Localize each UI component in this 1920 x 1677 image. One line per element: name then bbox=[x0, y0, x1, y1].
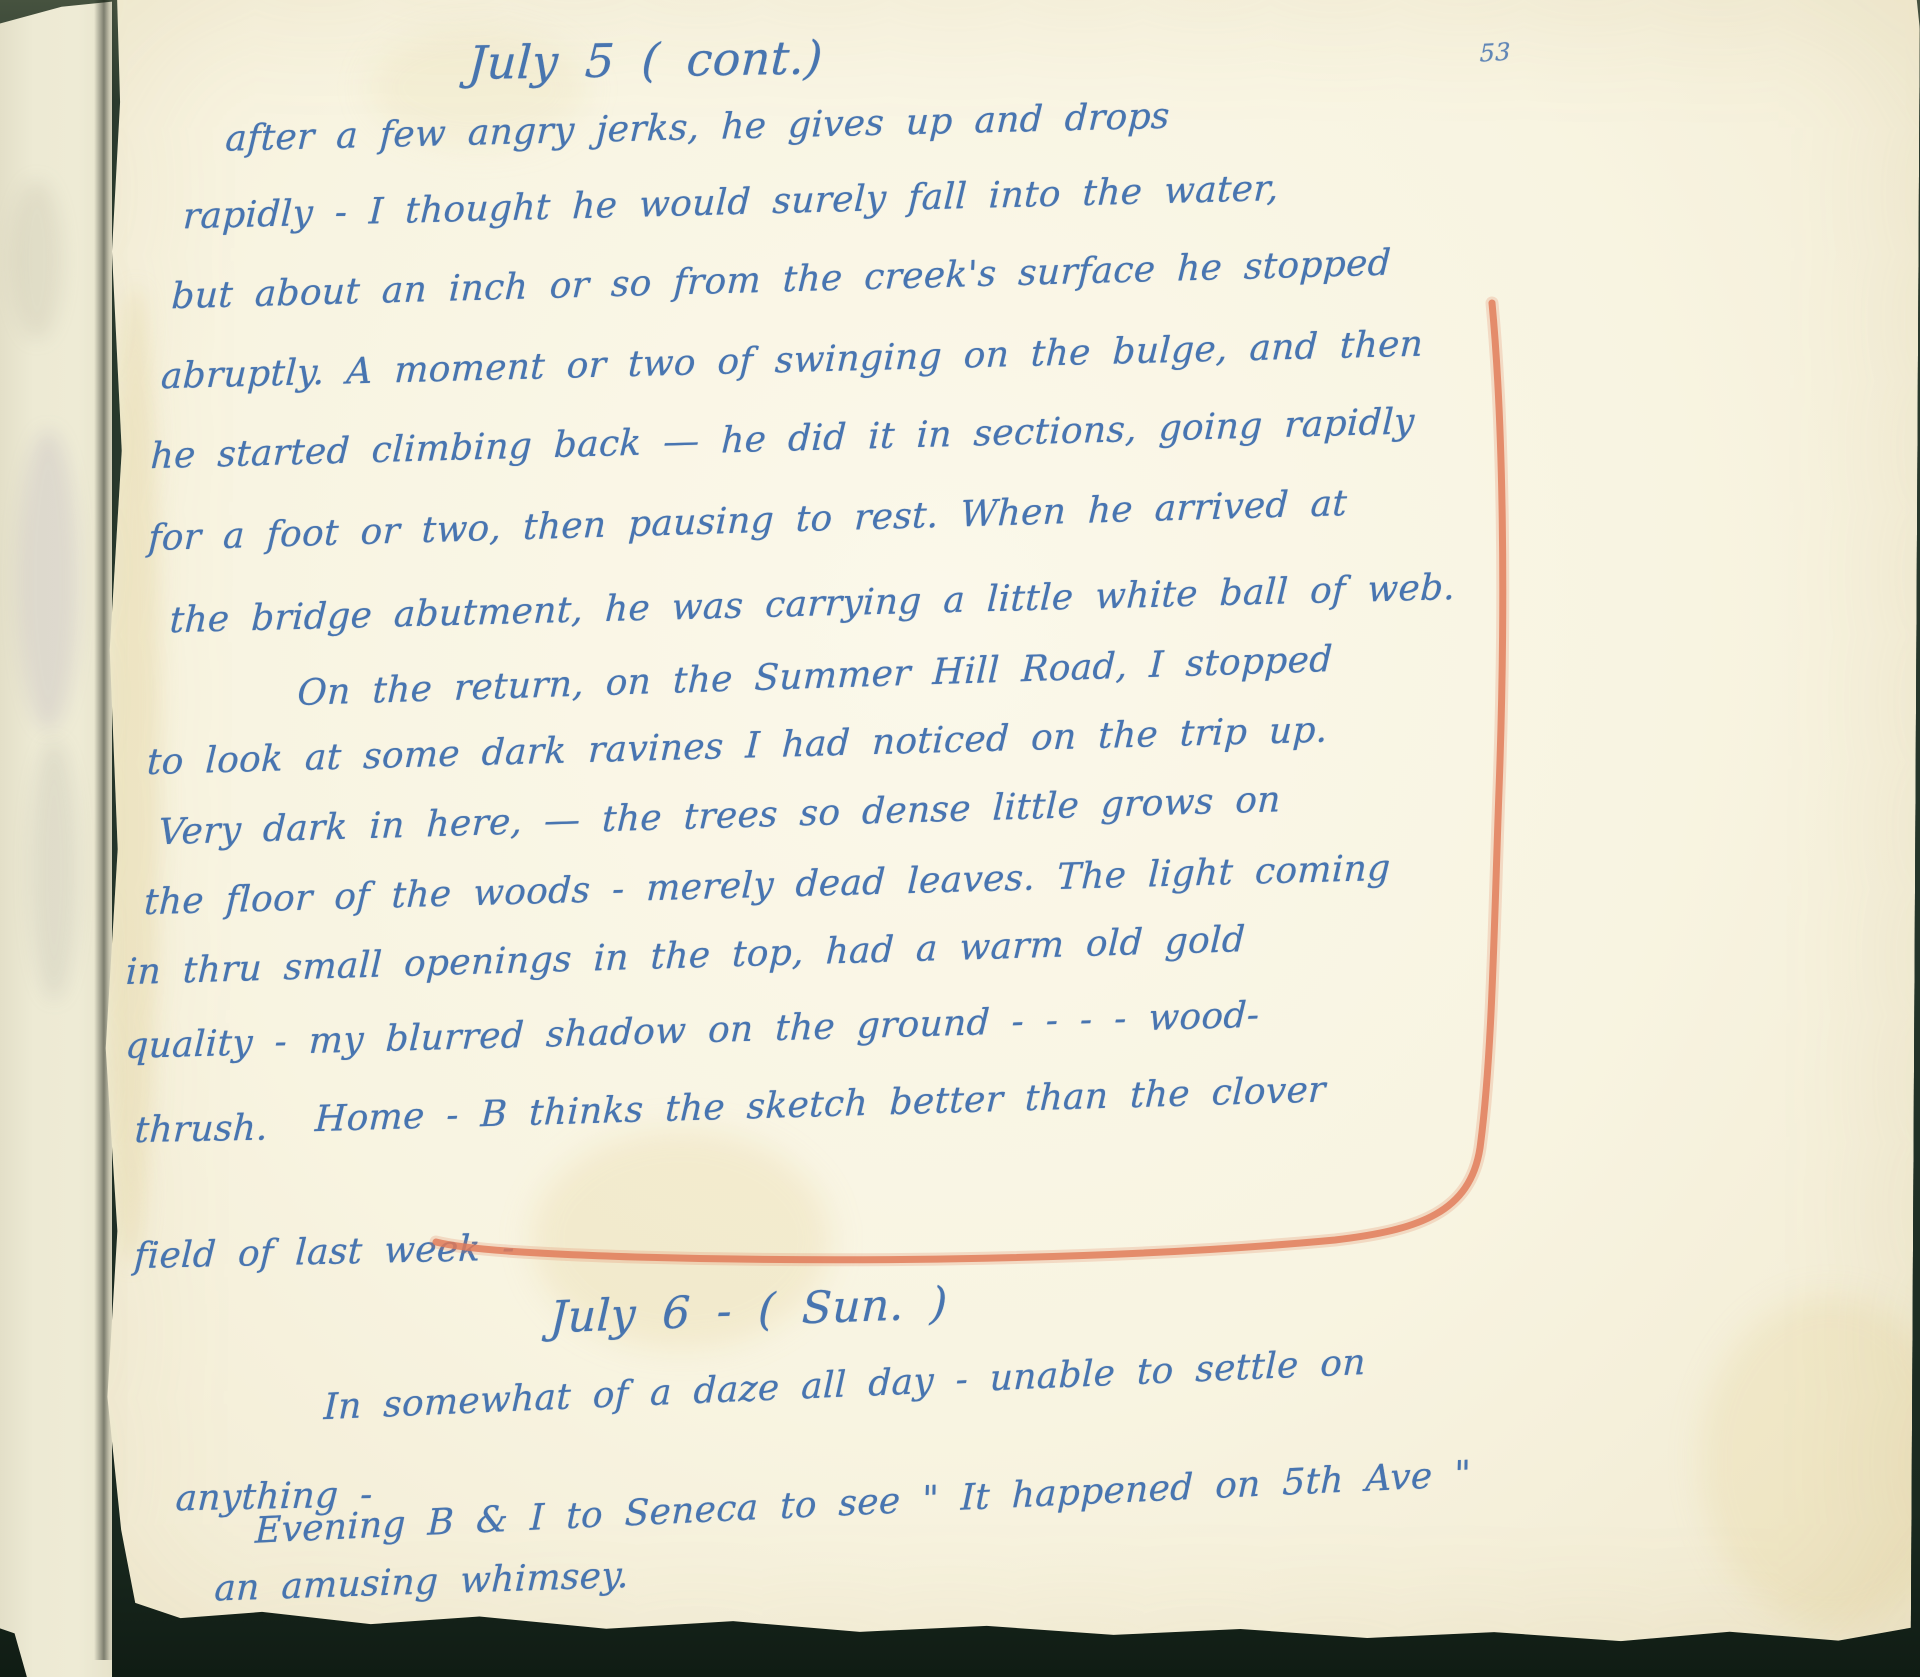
journal-line: rapidly - I thought he would surely fall… bbox=[182, 168, 1280, 237]
journal-line: abruptly. A moment or two of swinging on… bbox=[160, 324, 1424, 398]
journal-page: 53 July 5 ( cont.) after a few angry jer… bbox=[99, 0, 1920, 1656]
entry-heading-july-5: July 5 ( cont.) bbox=[467, 30, 824, 89]
bleed-through-mark bbox=[12, 180, 62, 340]
journal-line: but about an inch or so from the creek's… bbox=[171, 243, 1392, 318]
journal-line: to look at some dark ravines I had notic… bbox=[146, 710, 1328, 784]
bleed-through-mark bbox=[18, 430, 78, 730]
journal-line: Evening B & I to Seneca to see " It happ… bbox=[255, 1454, 1472, 1552]
journal-line: On the return, on the Summer Hill Road, … bbox=[297, 639, 1334, 714]
bleed-through-mark bbox=[30, 740, 78, 1000]
journal-line: he started climbing back — he did it in … bbox=[150, 401, 1416, 477]
journal-line: after a few angry jerks, he gives up and… bbox=[224, 96, 1170, 160]
journal-line: Very dark in here, — the trees so dense … bbox=[158, 779, 1282, 853]
journal-line: thrush. bbox=[134, 1108, 269, 1152]
journal-line: quality - my blurred shadow on the groun… bbox=[124, 995, 1260, 1067]
journal-line: an amusing whimsey. bbox=[214, 1555, 630, 1610]
journal-line: the bridge abutment, he was carrying a l… bbox=[169, 567, 1456, 641]
page-number: 53 bbox=[1480, 38, 1511, 68]
journal-line: In somewhat of a daze all day - unable t… bbox=[323, 1342, 1366, 1428]
paper-stain bbox=[1699, 1295, 1920, 1626]
journal-scan: 53 July 5 ( cont.) after a few angry jer… bbox=[0, 0, 1920, 1677]
journal-line: the floor of the woods - merely dead lea… bbox=[143, 848, 1391, 923]
journal-line: field of last week - bbox=[133, 1228, 516, 1278]
journal-line: in thru small openings in the top, had a… bbox=[125, 919, 1246, 993]
journal-line: for a foot or two, then pausing to rest.… bbox=[147, 483, 1348, 559]
journal-line: Home - B thinks the sketch better than t… bbox=[314, 1069, 1326, 1140]
